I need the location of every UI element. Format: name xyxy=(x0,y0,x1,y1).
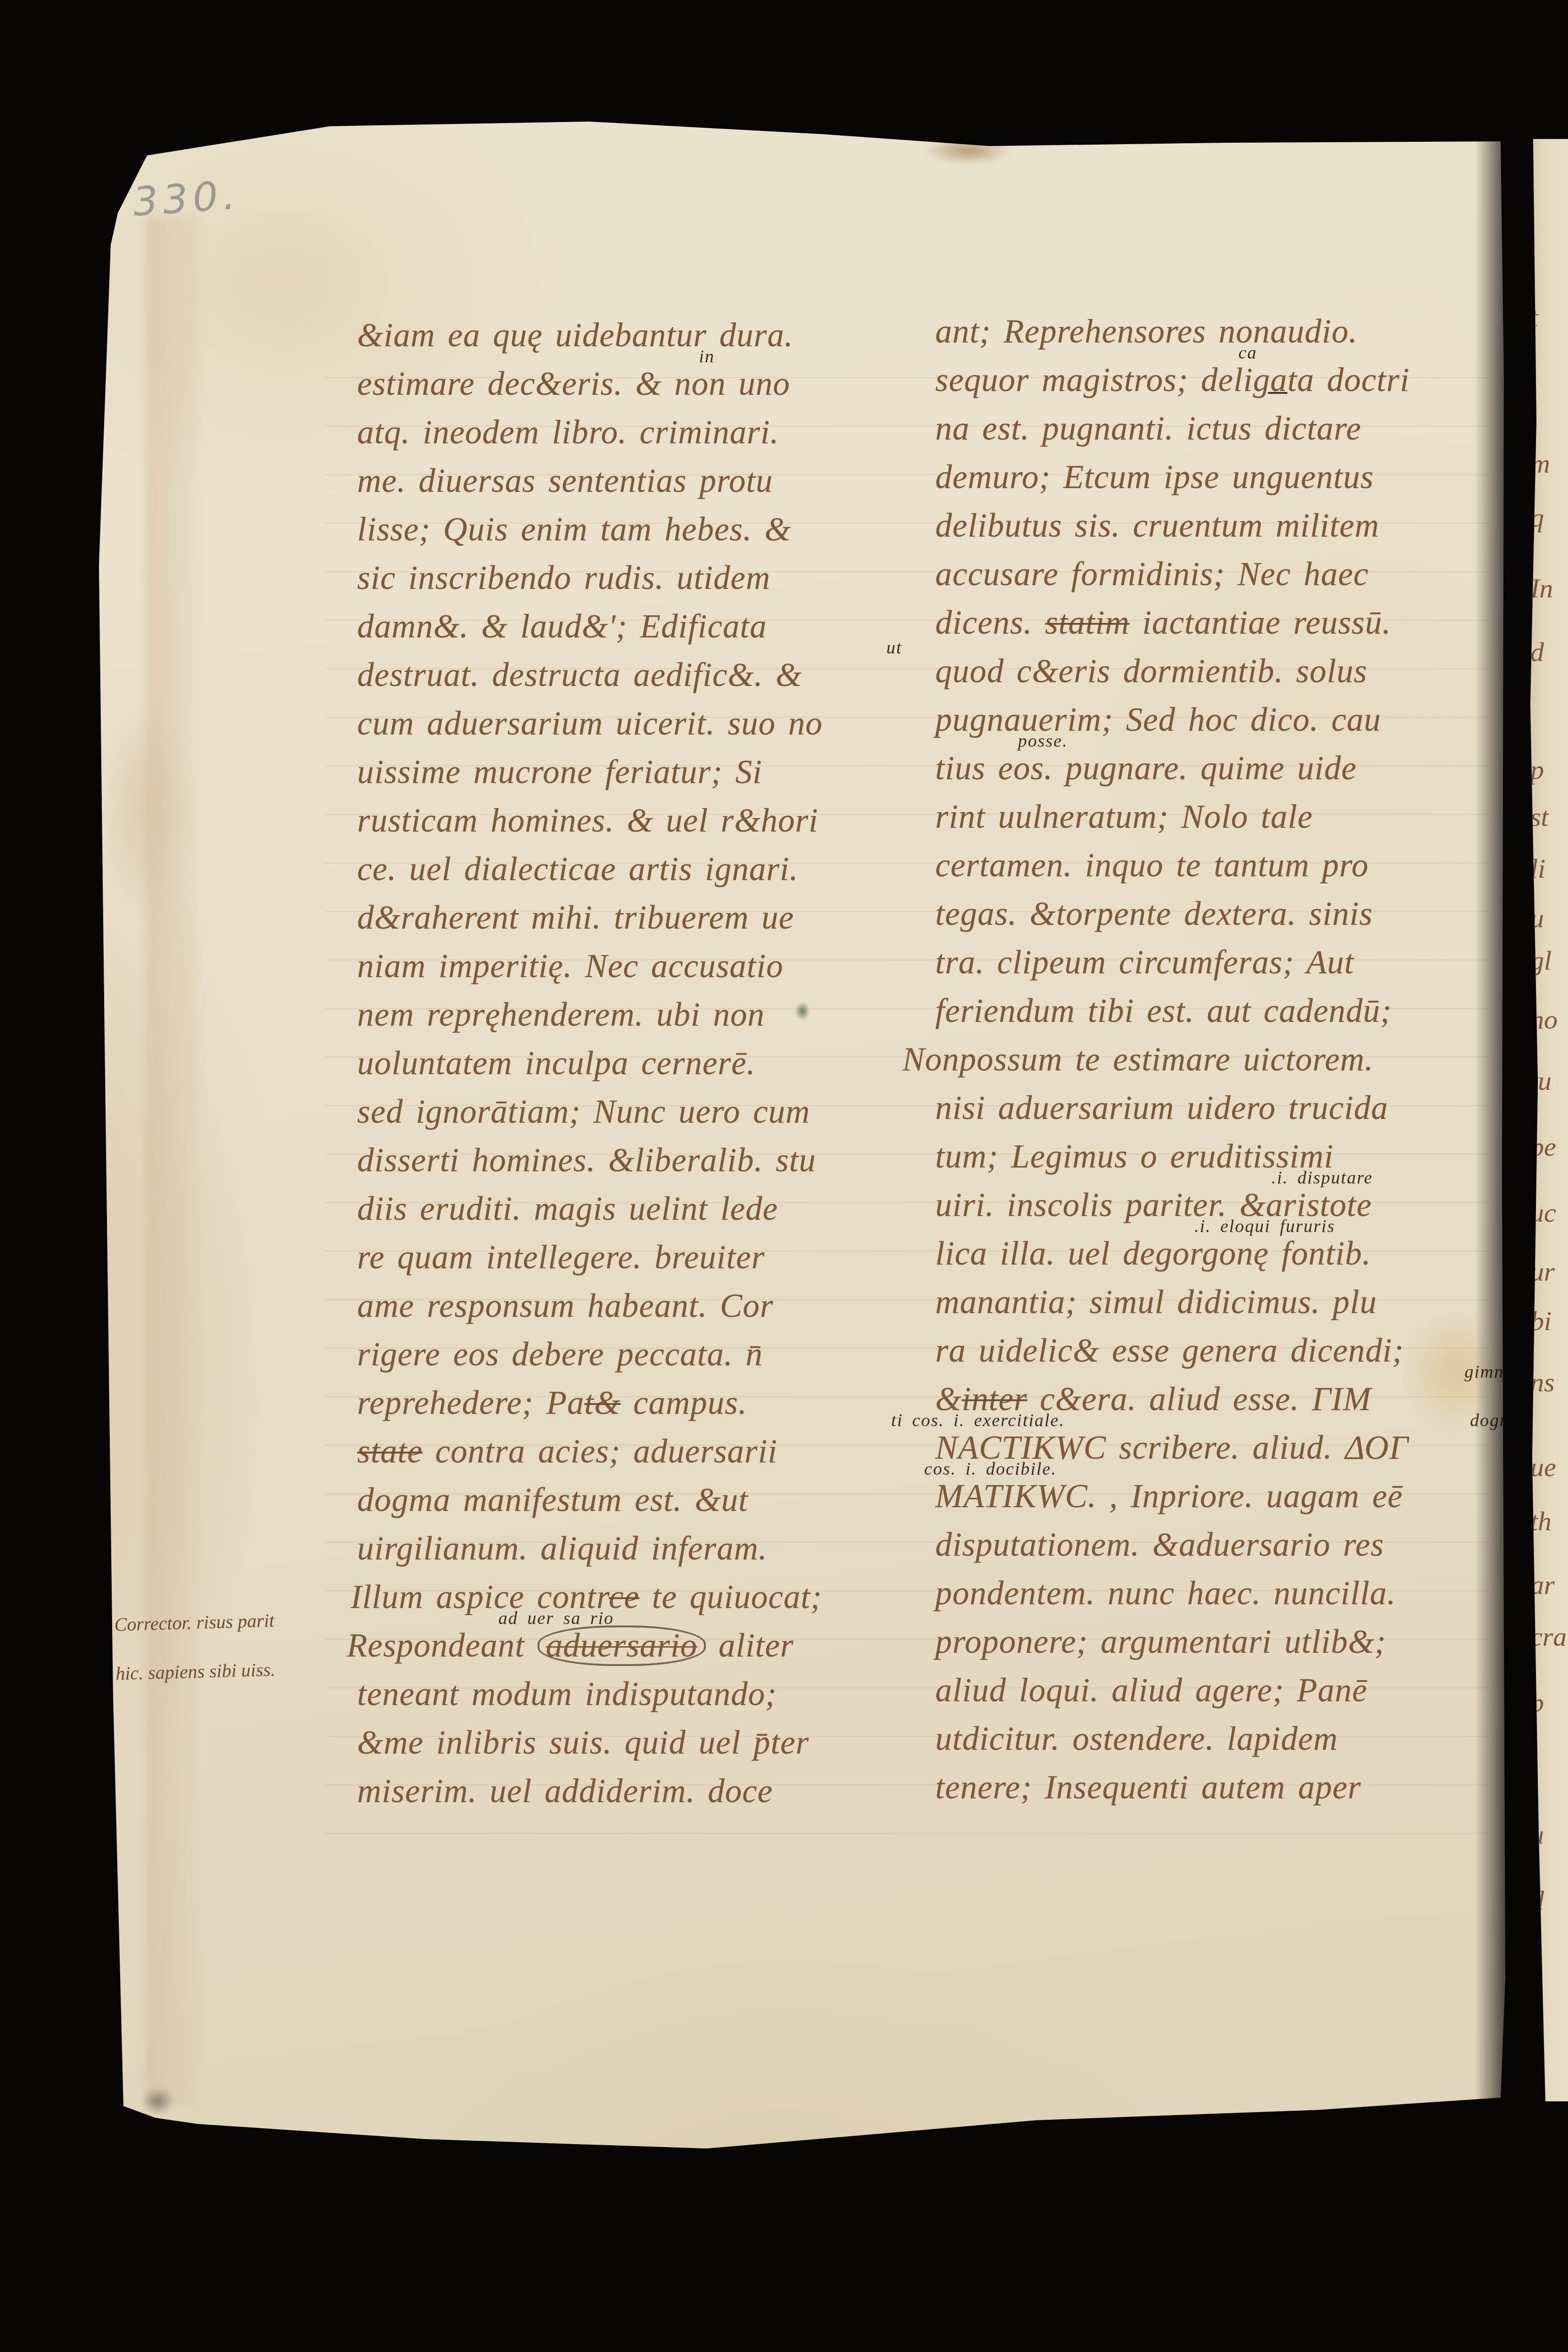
text-line: ame responsum habeant. Cor xyxy=(357,1287,908,1336)
text-fragment: l xyxy=(1530,1753,1538,1784)
text-segment: rigere eos debere peccata. n̄ xyxy=(357,1336,763,1373)
text-segment: accusare formidinis; Nec haec xyxy=(935,556,1369,593)
text-line: destruat. destructa aedific&. &ut xyxy=(357,656,908,705)
text-segment: tegas. &torpente dextera. sinis xyxy=(935,896,1373,932)
text-segment: me. diuersas sententias protu xyxy=(357,463,773,499)
text-segment: proponere; argumentari utlib&; xyxy=(935,1624,1386,1660)
text-segment: &me inlibris suis. quid uel p̄ter xyxy=(357,1724,809,1761)
text-line: quod c&eris dormientib. solus xyxy=(935,653,1486,701)
text-line: tius eos. pugnare. quime uideposse. xyxy=(935,750,1486,798)
text-segment: nisi aduersarium uidero trucida xyxy=(935,1090,1388,1127)
text-fragment: cra xyxy=(1530,1621,1567,1652)
text-fragment: q xyxy=(1530,502,1544,533)
text-segment: na est. pugnanti. ictus dictare xyxy=(935,410,1361,447)
text-segment: tius eos. pugnare. quime uide xyxy=(935,750,1357,787)
text-line: rigere eos debere peccata. n̄ xyxy=(357,1336,908,1384)
manuscript-page: 330. &iam ea quę uidebantur dura.estimar… xyxy=(0,0,1568,2352)
text-fragment: b xyxy=(1530,1687,1544,1718)
text-line: &me inlibris suis. quid uel p̄ter xyxy=(357,1724,908,1772)
margin-note-line: hic. sapiens sibi uiss. xyxy=(115,1645,276,1699)
text-line: pondentem. nunc haec. nuncilla. xyxy=(935,1575,1486,1623)
text-line: atq. ineodem libro. criminari. xyxy=(357,414,908,462)
page-number: 330. xyxy=(131,171,241,225)
interlinear-gloss: cos. i. docibile. xyxy=(924,1459,1057,1479)
text-segment: c&era. aliud esse. ΓIM xyxy=(1027,1381,1371,1418)
text-column-left: &iam ea quę uidebantur dura.estimare dec… xyxy=(357,317,908,1821)
text-line: state contra acies; aduersarii xyxy=(357,1433,908,1481)
text-line: uissime mucrone feriatur; Si xyxy=(357,753,908,802)
text-line: nem repręhenderem. ubi non xyxy=(357,996,908,1045)
text-segment: sic inscribendo rudis. utidem xyxy=(357,560,770,596)
text-line: feriendum tibi est. aut cadendū; xyxy=(935,992,1486,1041)
text-fragment: st xyxy=(1530,801,1549,833)
text-line: damn&. & laud&'; Edificata xyxy=(357,608,908,656)
text-fragment: p xyxy=(1530,754,1544,785)
text-line: disserti homines. &liberalib. stu xyxy=(357,1142,908,1190)
text-segment: niam imperitię. Nec accusatio xyxy=(357,948,784,985)
text-segment: tenere; Insequenti autem aper xyxy=(935,1769,1361,1806)
interlinear-gloss: ti cos. i. exercitiale. xyxy=(891,1410,1064,1431)
text-fragment: t xyxy=(1530,302,1538,333)
text-fragment: gl xyxy=(1530,945,1552,976)
text-segment: ce. uel dialecticae artis ignari. xyxy=(357,851,799,888)
text-line: Respondeant aduersario aliterad uer sa r… xyxy=(347,1627,908,1675)
stain xyxy=(923,137,1013,165)
text-line: sed ignorātiam; Nunc uero cum xyxy=(357,1093,908,1142)
text-segment: miserim. uel addiderim. doce xyxy=(357,1773,773,1810)
text-line: Nonpossum te estimare uictorem. xyxy=(902,1041,1486,1089)
text-line: niam imperitię. Nec accusatio xyxy=(357,947,908,996)
text-line: MATIKWC. , Inpriore. uagam eēcos. i. doc… xyxy=(935,1478,1486,1526)
text-fragment: li xyxy=(1530,853,1545,884)
text-fragment: tu xyxy=(1530,1065,1552,1096)
text-line: cum aduersarium uicerit. suo no xyxy=(357,705,908,753)
text-segment: Respondeant xyxy=(347,1627,538,1664)
text-line: &iam ea quę uidebantur dura. xyxy=(357,317,908,365)
text-line: ant; Reprehensores nonaudio. xyxy=(935,313,1486,361)
text-line: dogma manifestum est. &ut xyxy=(357,1481,908,1530)
text-line: na est. pugnanti. ictus dictare xyxy=(935,410,1486,458)
text-segment: disputationem. &aduersario res xyxy=(935,1527,1384,1563)
struck-text: t& xyxy=(584,1385,621,1421)
text-line: tegas. &torpente dextera. sinis xyxy=(935,895,1486,944)
interlinear-gloss: .i. disputare xyxy=(1272,1168,1373,1188)
text-segment: ga xyxy=(1253,362,1287,399)
text-line: diis eruditi. magis uelint lede xyxy=(357,1190,908,1239)
text-segment: reprehedere; Pa xyxy=(357,1385,584,1421)
text-line: demuro; Etcum ipse unguentus xyxy=(935,458,1486,507)
text-line: uoluntatem inculpa cernerē. xyxy=(357,1045,908,1093)
circled-text: aduersario xyxy=(538,1625,706,1666)
text-fragment: th xyxy=(1530,1505,1552,1537)
text-segment: dicens. xyxy=(935,604,1045,641)
text-fragment: no xyxy=(1530,1004,1558,1035)
text-segment: contra acies; aduersarii xyxy=(423,1433,777,1470)
text-fragment: In xyxy=(1530,572,1553,604)
text-line: certamen. inquo te tantum pro xyxy=(935,847,1486,895)
text-segment: nem repręhenderem. ubi non xyxy=(357,996,765,1033)
text-segment: MATIKWC. , Inpriore. uagam eē xyxy=(935,1478,1403,1515)
interlinear-gloss: ad uer sa rio xyxy=(498,1608,614,1629)
text-segment: feriendum tibi est. aut cadendū; xyxy=(935,993,1392,1029)
text-line: sequor magistros; deligata doctrica xyxy=(935,361,1486,410)
text-segment: ra uidelic& esse genera dicendi; xyxy=(935,1332,1404,1369)
text-fragment: ar xyxy=(1530,1569,1555,1601)
text-fragment: u xyxy=(1530,1819,1544,1850)
text-segment: pugnauerim; Sed hoc dico. cau xyxy=(935,702,1381,738)
text-segment: re quam intellegere. breuiter xyxy=(357,1239,765,1276)
text-segment: Nonpossum te estimare uictorem. xyxy=(902,1041,1373,1078)
text-segment: ant; Reprehensores nonaudio. xyxy=(935,313,1358,350)
text-segment: teneant modum indisputando; xyxy=(357,1676,777,1713)
text-segment: demuro; Etcum ipse unguentus xyxy=(935,459,1374,496)
text-line: ra uidelic& esse genera dicendi; xyxy=(935,1332,1486,1380)
text-segment: tra. clipeum circumferas; Aut xyxy=(935,944,1354,981)
stain xyxy=(146,217,198,2106)
text-fragment: d xyxy=(1530,636,1544,668)
text-line: accusare formidinis; Nec haec xyxy=(935,555,1486,604)
margin-note-line: Corrector. risus parit xyxy=(114,1596,275,1650)
struck-text: state xyxy=(357,1433,423,1470)
text-segment: certamen. inquo te tantum pro xyxy=(935,847,1369,884)
text-line: lisse; Quis enim tam hebes. & xyxy=(357,511,908,559)
text-fragment: ns xyxy=(1530,1366,1555,1398)
text-segment: &iam ea quę uidebantur dura. xyxy=(357,317,793,354)
text-fragment: uc xyxy=(1530,1197,1556,1228)
text-fragment: s xyxy=(1530,1951,1541,1982)
text-fragment: pe xyxy=(1530,1131,1556,1162)
text-line: manantia; simul didicimus. plu xyxy=(935,1283,1486,1332)
text-line: re quam intellegere. breuiter xyxy=(357,1239,908,1287)
text-segment: d&raherent mihi. tribuerem ue xyxy=(357,899,794,936)
text-line: aliud loqui. aliud agere; Panē xyxy=(935,1672,1486,1720)
text-line: proponere; argumentari utlib&; xyxy=(935,1623,1486,1672)
interlinear-gloss: ca xyxy=(1239,343,1258,363)
text-segment: estimare dec&eris. & non uno xyxy=(357,366,790,402)
margin-note: Corrector. risus parit hic. sapiens sibi… xyxy=(114,1596,276,1699)
interlinear-gloss: ut xyxy=(886,637,902,658)
text-fragment: bi xyxy=(1530,1305,1552,1337)
text-fragment: ue xyxy=(1530,1451,1556,1483)
text-line: rusticam homines. & uel r&hori xyxy=(357,802,908,850)
text-line: ce. uel dialecticae artis ignari. xyxy=(357,850,908,899)
text-segment: dogma manifestum est. &ut xyxy=(357,1482,748,1519)
facing-page-edge: tmqIndpstliuglnotupeucurbinsuetharcrablu… xyxy=(1521,139,1568,2101)
text-segment: aliud loqui. aliud agere; Panē xyxy=(935,1672,1367,1709)
text-fragment: ur xyxy=(1530,1256,1555,1287)
text-line: me. diuersas sententias protu xyxy=(357,462,908,511)
text-segment: rusticam homines. & uel r&hori xyxy=(357,802,818,839)
text-segment: delibutus sis. cruentum militem xyxy=(935,507,1379,544)
text-segment: sed ignorātiam; Nunc uero cum xyxy=(357,1094,810,1130)
text-segment: campus. xyxy=(621,1385,747,1421)
text-line: d&raherent mihi. tribuerem ue xyxy=(357,899,908,947)
manuscript-photo: { "page": {"number": "330."}, "colors": … xyxy=(0,0,1568,2352)
interlinear-gloss: posse. xyxy=(1018,731,1068,751)
text-segment: ta doctri xyxy=(1287,362,1410,399)
text-segment: sequor magistros; deli xyxy=(935,362,1253,399)
text-segment: te quiuocat; xyxy=(639,1579,822,1616)
text-line: teneant modum indisputando; xyxy=(357,1675,908,1724)
text-fragment: d xyxy=(1530,1885,1544,1916)
text-segment: manantia; simul didicimus. plu xyxy=(935,1284,1377,1321)
text-segment: ame responsum habeant. Cor xyxy=(357,1288,774,1324)
text-segment: aliter xyxy=(706,1627,794,1664)
text-line: tenere; Insequenti autem aper xyxy=(935,1769,1486,1817)
stain xyxy=(141,2087,174,2115)
text-fragment: u xyxy=(1530,902,1544,934)
text-segment: uoluntatem inculpa cernerē. xyxy=(357,1045,756,1082)
text-line: sic inscribendo rudis. utidem xyxy=(357,559,908,608)
text-fragment: m xyxy=(1530,448,1550,479)
struck-text: statim xyxy=(1045,604,1130,641)
text-segment: uissime mucrone feriatur; Si xyxy=(357,754,762,791)
text-line: Illum aspice contrce te quiuocat; xyxy=(351,1578,908,1627)
text-line: delibutus sis. cruentum militem xyxy=(935,507,1486,555)
text-segment: quod c&eris dormientib. solus xyxy=(935,653,1367,690)
text-line: dicens. statim iactantiae reussū. xyxy=(935,604,1486,653)
text-line: reprehedere; Pat& campus. xyxy=(357,1384,908,1433)
text-segment: damn&. & laud&'; Edificata xyxy=(357,608,767,645)
text-segment: lisse; Quis enim tam hebes. & xyxy=(357,511,791,548)
text-segment: cum aduersarium uicerit. suo no xyxy=(357,705,823,742)
interlinear-gloss: in xyxy=(699,346,715,367)
text-line: lica illa. uel degorgonę fontib..i. eloq… xyxy=(935,1235,1486,1283)
text-line: nisi aduersarium uidero trucida xyxy=(935,1089,1486,1138)
text-line: tum; Legimus o eruditissimi xyxy=(935,1138,1486,1186)
text-segment: diis eruditi. magis uelint lede xyxy=(357,1191,778,1227)
text-segment: pondentem. nunc haec. nuncilla. xyxy=(935,1575,1396,1612)
text-segment: rint uulneratum; Nolo tale xyxy=(935,799,1313,835)
text-segment: destruat. destructa aedific&. & xyxy=(357,657,802,694)
interlinear-gloss: .i. eloqui fururis xyxy=(1194,1216,1335,1237)
text-line: tra. clipeum circumferas; Aut xyxy=(935,944,1486,992)
text-line: miserim. uel addiderim. doce xyxy=(357,1772,908,1821)
text-line: utdicitur. ostendere. lapidem xyxy=(935,1720,1486,1769)
stain xyxy=(101,697,186,914)
text-column-right: ant; Reprehensores nonaudio.sequor magis… xyxy=(935,313,1486,1817)
text-segment: uirgilianum. aliquid inferam. xyxy=(357,1530,768,1567)
text-line: disputationem. &aduersario res xyxy=(935,1526,1486,1575)
text-line: rint uulneratum; Nolo tale xyxy=(935,798,1486,847)
text-line: uirgilianum. aliquid inferam. xyxy=(357,1530,908,1578)
text-line: estimare dec&eris. & non unoin xyxy=(357,365,908,414)
text-segment: disserti homines. &liberalib. stu xyxy=(357,1142,816,1179)
binding-gutter-shadow xyxy=(1475,132,1527,2104)
text-segment: utdicitur. ostendere. lapidem xyxy=(935,1721,1338,1757)
text-segment: atq. ineodem libro. criminari. xyxy=(357,414,779,451)
text-segment: iactantiae reussū. xyxy=(1129,604,1391,641)
text-segment: lica illa. uel degorgonę fontib. xyxy=(935,1235,1371,1272)
